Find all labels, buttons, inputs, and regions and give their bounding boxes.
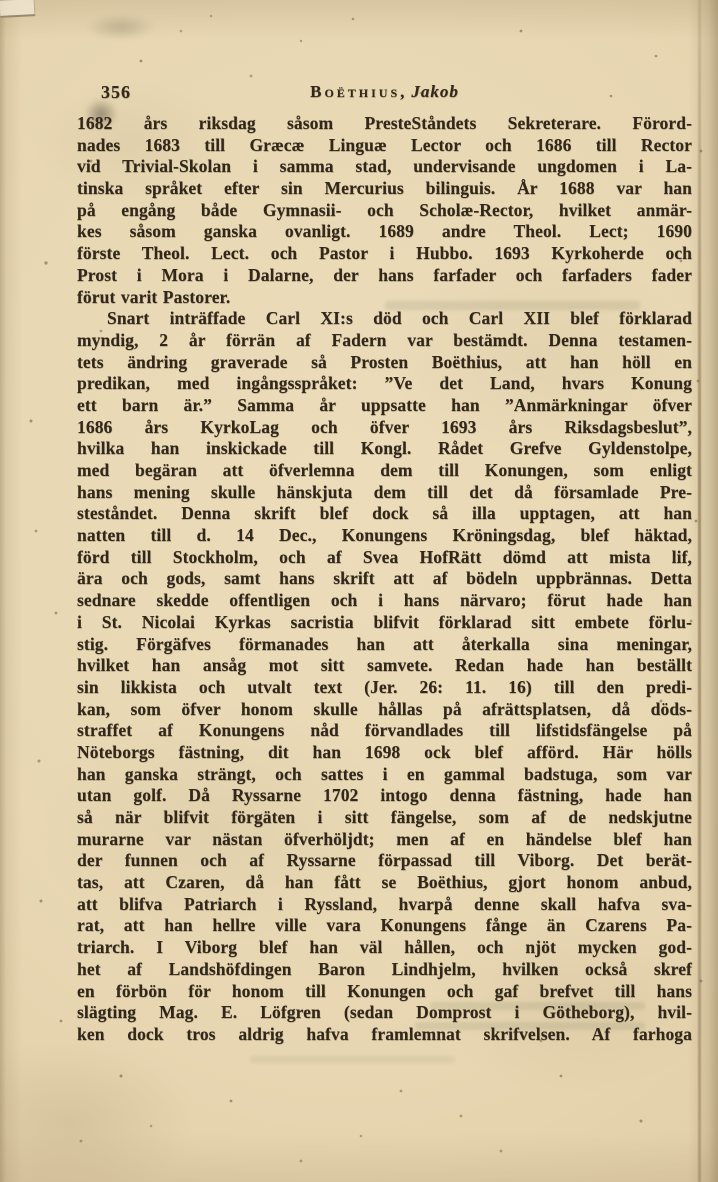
page-number: 356	[101, 82, 131, 103]
text-line: ken dock tros aldrig hafva framlemnat sk…	[77, 1024, 692, 1046]
text-line: hvilket han ansåg mot sitt samvete. Reda…	[77, 655, 692, 677]
text-line: straffet af Konungens nåd förvandlades t…	[77, 720, 692, 742]
text-line: tets ändring graverade så Prosten Boëthi…	[77, 352, 692, 374]
text-line: ära och gods, samt hans skrift att af bö…	[77, 568, 692, 590]
text-line: triarch. I Viborg blef han väl hållen, o…	[77, 937, 692, 959]
text-line: i St. Nicolai Kyrkas sacristia blifvit f…	[77, 612, 692, 634]
text-line: het af Landshöfdingen Baron Lindhjelm, h…	[77, 959, 692, 981]
text-line: sin likkista och utvalt text (Jer. 26: 1…	[77, 677, 692, 699]
text-line: tinska språket efter sin Mercurius bilin…	[77, 178, 692, 200]
text-line: der funnen och af Ryssarne förpassad til…	[77, 850, 692, 872]
running-header: 356 Boëthius,Jakob	[77, 82, 692, 104]
text-line: steståndet. Denna skrift blef dock så il…	[77, 503, 692, 525]
book-page: 356 Boëthius,Jakob 1682 års riksdag såso…	[0, 0, 718, 1182]
text-line: 1682 års riksdag såsom PresteStåndets Se…	[77, 113, 692, 135]
text-line: nades 1683 till Græcæ Linguæ Lector och …	[77, 135, 692, 157]
entry-given-name: Jakob	[411, 82, 459, 101]
text-line: en förbön för honom till Konungen och ga…	[77, 981, 692, 1003]
text-line paragraph-start: Snart inträffade Carl XI:s död och Carl …	[77, 308, 692, 330]
text-line: kes såsom ganska ovanligt. 1689 andre Th…	[77, 221, 692, 243]
text-line: myndig, 2 år förrän af Fadern var bestäm…	[77, 330, 692, 352]
page-text-block: 1682 års riksdag såsom PresteStåndets Se…	[77, 113, 692, 1046]
text-line: vid Trivial-Skolan i samma stad, undervi…	[77, 156, 692, 178]
text-line: förste Theol. Lect. och Pastor i Hubbo. …	[77, 243, 692, 265]
page-corner-fold	[0, 0, 35, 18]
text-line: kan, som öfver honom skulle hållas på af…	[77, 699, 692, 721]
text-line: stig. Förgäfves förmanades han att återk…	[77, 634, 692, 656]
text-line: sednare skedde offentligen och i hans nä…	[77, 590, 692, 612]
entry-title: Boëthius,Jakob	[77, 82, 692, 102]
text-line: Nöteborgs fästning, dit han 1698 ock ble…	[77, 742, 692, 764]
text-line: tas, att Czaren, då han fått se Boëthius…	[77, 872, 692, 894]
entry-surname: Boëthius,	[310, 82, 407, 101]
text-line: med begäran att öfverlemna dem till Konu…	[77, 460, 692, 482]
text-line: predikan, med ingångsspråket: ”Ve det La…	[77, 373, 692, 395]
page-edge-crease	[698, 0, 701, 1182]
text-line: så när blifvit förgäten i sitt fängelse,…	[77, 807, 692, 829]
text-line: på engång både Gymnasii- och Scholæ-Rect…	[77, 200, 692, 222]
text-line: han ganska strängt, och sattes i en gamm…	[77, 764, 692, 786]
text-line: förd till Stockholm, och af Svea HofRätt…	[77, 547, 692, 569]
text-line: utan golf. Då Ryssarne 1702 intogo denna…	[77, 785, 692, 807]
text-line: 1686 års KyrkoLag och öfver 1693 års Rik…	[77, 417, 692, 439]
text-line: murarne var nästan öfverhöljdt; men af e…	[77, 829, 692, 851]
text-line: rat, att han hellre ville vara Konungens…	[77, 915, 692, 937]
text-line: att blifva Patriarch i Ryssland, hvarpå …	[77, 894, 692, 916]
ink-smudge-top	[86, 14, 156, 40]
text-line: natten till d. 14 Dec., Konungens Krönin…	[77, 525, 692, 547]
text-line: ett barn är.” Samma år uppsatte han ”Anm…	[77, 395, 692, 417]
bleed-through-text	[250, 1056, 455, 1063]
text-line paragraph-end: förut varit Pastorer.	[77, 287, 692, 309]
text-line: hans mening skulle hänskjuta dem till de…	[77, 482, 692, 504]
text-line: hvilka han inskickade till Kongl. Rådet …	[77, 438, 692, 460]
text-line: slägting Mag. E. Löfgren (sedan Domprost…	[77, 1002, 692, 1024]
text-line: Prost i Mora i Dalarne, der hans farfade…	[77, 265, 692, 287]
